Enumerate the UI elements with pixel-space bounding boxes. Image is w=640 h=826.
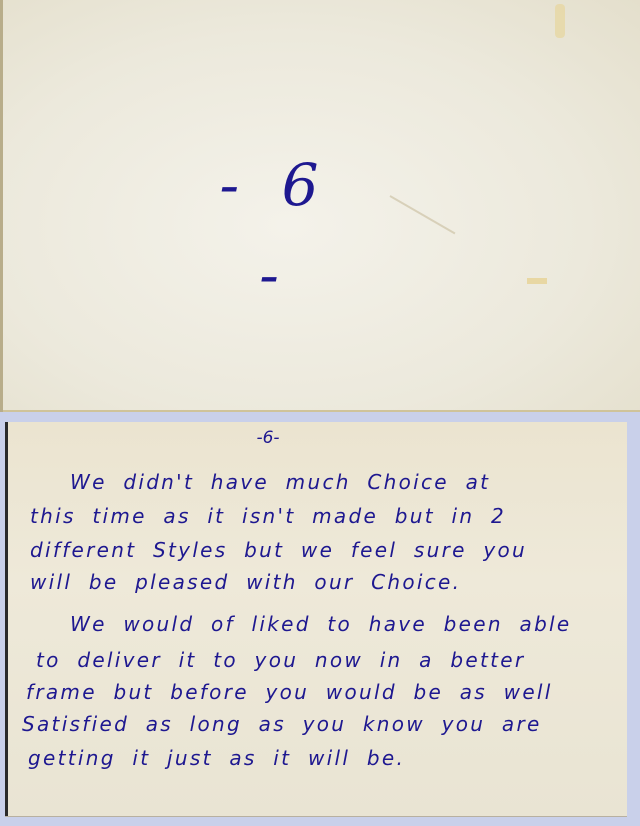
stain	[527, 278, 547, 284]
text-line: to deliver it to you now in a better	[36, 648, 525, 672]
handwritten-card: -6- We didn't have much Choice at this t…	[5, 422, 627, 816]
envelope-edge	[0, 0, 3, 412]
envelope-page-number: - 6 -	[190, 140, 360, 230]
card-page-number: -6-	[238, 428, 298, 448]
text-line: frame but before you would be as well	[26, 680, 553, 704]
stain	[555, 4, 565, 38]
text-line: We didn't have much Choice at	[70, 470, 490, 494]
text-line: this time as it isn't made but in 2	[30, 504, 506, 528]
text-line: different Styles but we feel sure you	[30, 538, 527, 562]
text-line: getting it just as it will be.	[28, 746, 405, 770]
envelope: - 6 -	[0, 0, 640, 412]
smudge	[390, 195, 456, 234]
text-line: We would of liked to have been able	[70, 612, 572, 636]
text-line: will be pleased with our Choice.	[30, 570, 461, 594]
text-line: Satisfied as long as you know you are	[22, 712, 542, 736]
